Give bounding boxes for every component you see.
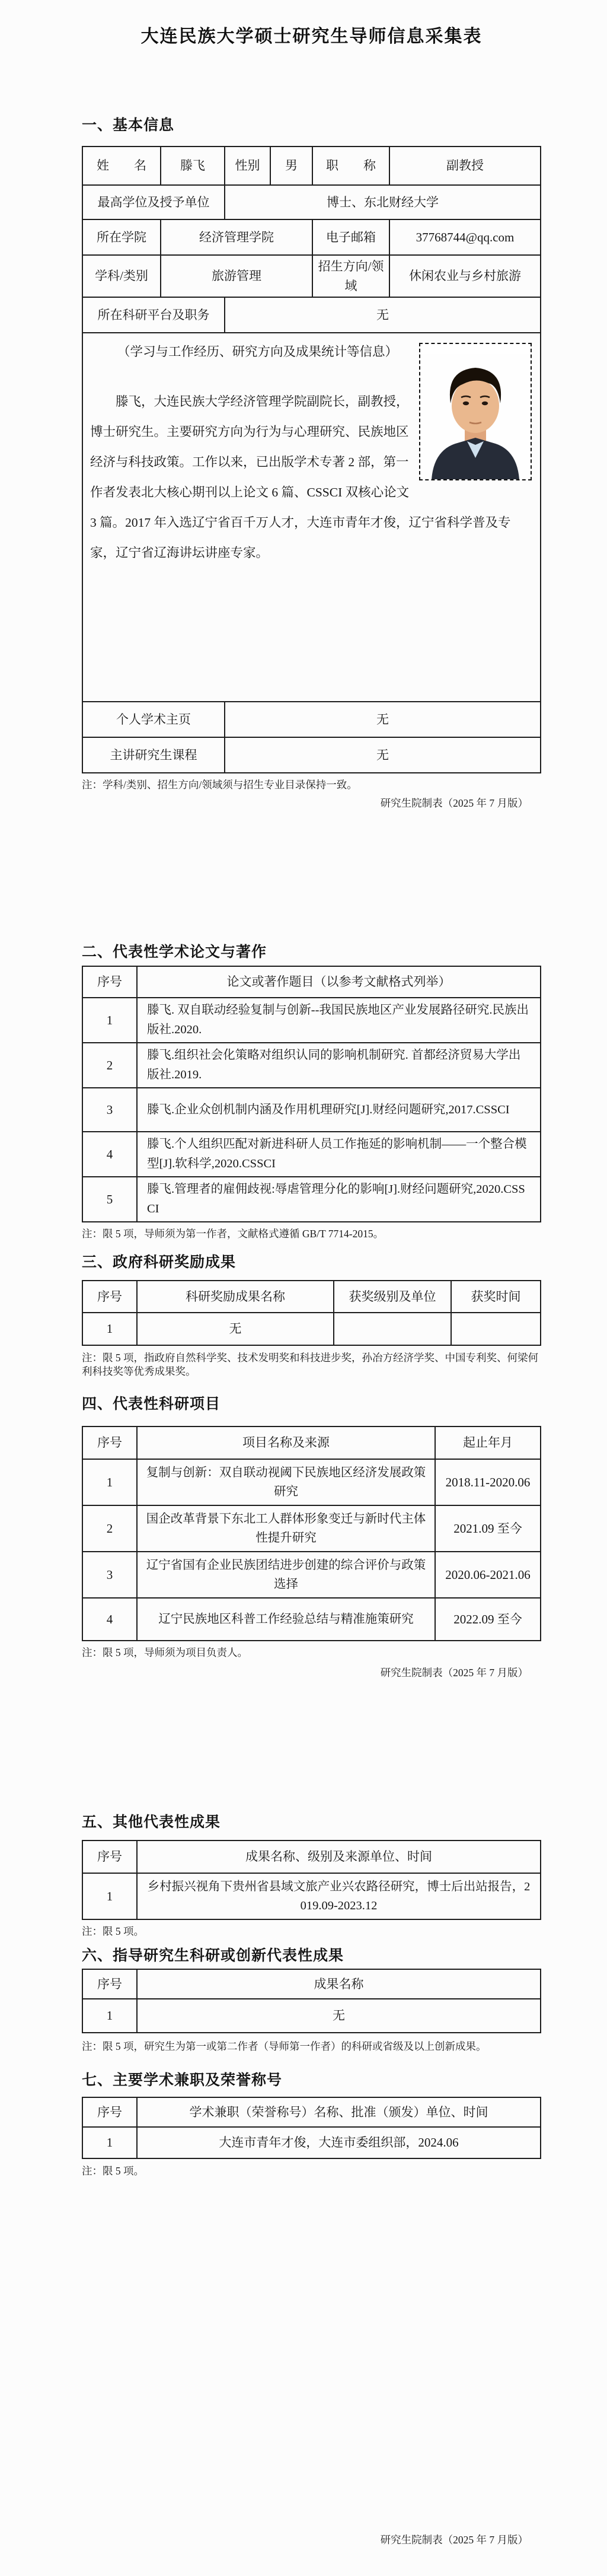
row-no: 1 <box>82 2127 137 2158</box>
bio-cell: （学习与工作经历、研究方向及成果统计等信息） 滕飞，大连民族大学经济管理学院副院… <box>82 333 541 702</box>
award-level <box>334 1313 451 1345</box>
col-header-award-level: 获奖级别及单位 <box>334 1281 451 1313</box>
field-value-title: 副教授 <box>389 147 541 185</box>
field-label-email: 电子邮箱 <box>312 219 389 255</box>
table-row: 所在科研平台及职务 无 <box>82 297 541 333</box>
note-student: 注：限 5 项，研究生为第一或第二作者（导师第一作者）的科研或省级及以上创新成果… <box>82 2040 541 2053</box>
field-label-discipline: 学科/类别 <box>82 255 161 297</box>
project-period: 2021.09 至今 <box>435 1505 541 1552</box>
portrait-photo <box>422 354 529 479</box>
field-value-name: 滕飞 <box>161 147 225 185</box>
field-value-homepage: 无 <box>225 702 541 737</box>
photo-box <box>419 343 532 480</box>
field-label-homepage: 个人学术主页 <box>82 702 225 737</box>
col-header-project-name: 项目名称及来源 <box>137 1426 435 1459</box>
field-label-degree: 最高学位及授予单位 <box>82 185 225 219</box>
project-name: 辽宁省国有企业民族团结进步创建的综合评价与政策选择 <box>137 1552 435 1598</box>
document-page: 大连民族大学硕士研究生导师信息采集表 一、基本信息 姓 名 滕飞 性别 男 职 … <box>82 26 541 2546</box>
col-header-no: 序号 <box>82 1426 137 1459</box>
note-basic: 注：学科/类别、招生方向/领域须与招生专业目录保持一致。 <box>82 778 541 792</box>
col-header-no: 序号 <box>82 1969 137 1999</box>
page-footer-2: 研究生院制表（2025 年 7 月版） <box>82 1667 541 1679</box>
field-label-title: 职 称 <box>312 147 389 185</box>
table-row: 4 滕飞.个人组织匹配对新进科研人员工作拖延的影响机制——一个整合模型[J].软… <box>82 1132 541 1177</box>
table-row: 姓 名 滕飞 性别 男 职 称 副教授 <box>82 147 541 185</box>
col-header-no: 序号 <box>82 1841 137 1873</box>
table-row: 3 滕飞.企业众创机制内涵及作用机理研究[J].财经问题研究,2017.CSSC… <box>82 1088 541 1132</box>
table-row: 4 辽宁民族地区科普工作经验总结与精准施策研究 2022.09 至今 <box>82 1598 541 1641</box>
col-header-no: 序号 <box>82 1281 137 1313</box>
table-row: 主讲研究生课程 无 <box>82 737 541 773</box>
table-row: 学科/类别 旅游管理 招生方向/领域 休闲农业与乡村旅游 <box>82 255 541 297</box>
project-period: 2022.09 至今 <box>435 1598 541 1641</box>
section-heading-other: 五、其他代表性成果 <box>82 1814 541 1830</box>
table-row: 2 滕飞.组织社会化策略对组织认同的影响机制研究. 首都经济贸易大学出版社.20… <box>82 1043 541 1088</box>
project-name: 复制与创新：双自联动视阈下民族地区经济发展政策研究 <box>137 1459 435 1505</box>
note-projects: 注：限 5 项，导师须为项目负责人。 <box>82 1646 541 1660</box>
student-achievement: 无 <box>137 1999 541 2033</box>
field-label-college: 所在学院 <box>82 219 161 255</box>
basic-info-table: 姓 名 滕飞 性别 男 职 称 副教授 最高学位及授予单位 博士、东北财经大学 … <box>82 146 541 773</box>
field-value-platform: 无 <box>225 297 541 333</box>
table-row: 1 无 <box>82 1999 541 2033</box>
project-period: 2018.11-2020.06 <box>435 1459 541 1505</box>
row-no: 1 <box>82 1873 137 1919</box>
table-row: 5 滕飞.管理者的雇佣歧视:辱虐管理分化的影响[J].财经问题研究,2020.C… <box>82 1177 541 1222</box>
note-papers: 注：限 5 项，导师须为第一作者，文献格式遵循 GB/T 7714-2015。 <box>82 1227 541 1241</box>
award-time <box>451 1313 541 1345</box>
row-no: 4 <box>82 1132 137 1177</box>
table-row: 最高学位及授予单位 博士、东北财经大学 <box>82 185 541 219</box>
field-label-course: 主讲研究生课程 <box>82 737 225 773</box>
row-no: 1 <box>82 998 137 1043</box>
paper-title: 滕飞.个人组织匹配对新进科研人员工作拖延的影响机制——一个整合模型[J].软科学… <box>137 1132 541 1177</box>
project-name: 辽宁民族地区科普工作经验总结与精准施策研究 <box>137 1598 435 1641</box>
table-header-row: 序号 项目名称及来源 起止年月 <box>82 1426 541 1459</box>
field-value-course: 无 <box>225 737 541 773</box>
field-label-platform: 所在科研平台及职务 <box>82 297 225 333</box>
row-no: 2 <box>82 1043 137 1088</box>
section-heading-basic: 一、基本信息 <box>82 117 541 133</box>
paper-title: 滕飞.组织社会化策略对组织认同的影响机制研究. 首都经济贸易大学出版社.2019… <box>137 1043 541 1088</box>
field-value-college: 经济管理学院 <box>161 219 312 255</box>
col-header-honor-name: 学术兼职（荣誉称号）名称、批准（颁发）单位、时间 <box>137 2097 541 2127</box>
row-no: 1 <box>82 1459 137 1505</box>
project-period: 2020.06-2021.06 <box>435 1552 541 1598</box>
award-name: 无 <box>137 1313 334 1345</box>
col-header-project-period: 起止年月 <box>435 1426 541 1459</box>
col-header-award-time: 获奖时间 <box>451 1281 541 1313</box>
col-header-student-name: 成果名称 <box>137 1969 541 1999</box>
honor-name: 大连市青年才俊，大连市委组织部，2024.06 <box>137 2127 541 2158</box>
field-label-gender: 性别 <box>225 147 270 185</box>
row-no: 3 <box>82 1552 137 1598</box>
table-row: 1 大连市青年才俊，大连市委组织部，2024.06 <box>82 2127 541 2158</box>
page-footer-3: 研究生院制表（2025 年 7 月版） <box>82 2534 541 2546</box>
page-footer-1: 研究生院制表（2025 年 7 月版） <box>82 797 541 810</box>
field-label-direction: 招生方向/领域 <box>312 255 389 297</box>
section-heading-awards: 三、政府科研奖励成果 <box>82 1254 541 1270</box>
row-no: 4 <box>82 1598 137 1641</box>
table-row: 1 无 <box>82 1313 541 1345</box>
table-row: 1 乡村振兴视角下贵州省县域文旅产业兴农路径研究，博士后出站报告，2019.09… <box>82 1873 541 1919</box>
page: { "document": { "title": "大连民族大学硕士研究生导师信… <box>0 0 607 2576</box>
table-row: （学习与工作经历、研究方向及成果统计等信息） 滕飞，大连民族大学经济管理学院副院… <box>82 333 541 702</box>
table-row: 个人学术主页 无 <box>82 702 541 737</box>
row-no: 3 <box>82 1088 137 1132</box>
note-honors: 注：限 5 项。 <box>82 2164 541 2178</box>
other-table: 序号 成果名称、级别及来源单位、时间 1 乡村振兴视角下贵州省县域文旅产业兴农路… <box>82 1840 541 1920</box>
table-header-row: 序号 成果名称、级别及来源单位、时间 <box>82 1841 541 1873</box>
honors-table: 序号 学术兼职（荣誉称号）名称、批准（颁发）单位、时间 1 大连市青年才俊，大连… <box>82 2097 541 2159</box>
col-header-paper-title: 论文或著作题目（以参考文献格式列举） <box>137 966 541 998</box>
row-no: 1 <box>82 1999 137 2033</box>
table-header-row: 序号 科研奖励成果名称 获奖级别及单位 获奖时间 <box>82 1281 541 1313</box>
table-row: 2 国企改革背景下东北工人群体形象变迁与新时代主体性提升研究 2021.09 至… <box>82 1505 541 1552</box>
note-awards: 注：限 5 项，指政府自然科学奖、技术发明奖和科技进步奖，孙冶方经济学奖、中国专… <box>82 1351 541 1378</box>
row-no: 5 <box>82 1177 137 1222</box>
row-no: 2 <box>82 1505 137 1552</box>
section-heading-papers: 二、代表性学术论文与著作 <box>82 944 541 960</box>
papers-table: 序号 论文或著作题目（以参考文献格式列举） 1 滕飞. 双自联动经验复制与创新-… <box>82 966 541 1222</box>
table-header-row: 序号 论文或著作题目（以参考文献格式列举） <box>82 966 541 998</box>
table-row: 1 复制与创新：双自联动视阈下民族地区经济发展政策研究 2018.11-2020… <box>82 1459 541 1505</box>
field-value-gender: 男 <box>270 147 312 185</box>
section-heading-honors: 七、主要学术兼职及荣誉称号 <box>82 2072 541 2088</box>
table-row: 所在学院 经济管理学院 电子邮箱 37768744@qq.com <box>82 219 541 255</box>
student-table: 序号 成果名称 1 无 <box>82 1969 541 2033</box>
section-heading-student: 六、指导研究生科研或创新代表性成果 <box>82 1948 541 1963</box>
paper-title: 滕飞. 双自联动经验复制与创新--我国民族地区产业发展路径研究.民族出版社.20… <box>137 998 541 1043</box>
other-name: 乡村振兴视角下贵州省县域文旅产业兴农路径研究，博士后出站报告，2019.09-2… <box>137 1873 541 1919</box>
note-other: 注：限 5 项。 <box>82 1925 541 1938</box>
field-value-degree: 博士、东北财经大学 <box>225 185 541 219</box>
project-name: 国企改革背景下东北工人群体形象变迁与新时代主体性提升研究 <box>137 1505 435 1552</box>
row-no: 1 <box>82 1313 137 1345</box>
field-value-discipline: 旅游管理 <box>161 255 312 297</box>
paper-title: 滕飞.企业众创机制内涵及作用机理研究[J].财经问题研究,2017.CSSCI <box>137 1088 541 1132</box>
col-header-no: 序号 <box>82 2097 137 2127</box>
awards-table: 序号 科研奖励成果名称 获奖级别及单位 获奖时间 1 无 <box>82 1280 541 1346</box>
table-header-row: 序号 成果名称 <box>82 1969 541 1999</box>
field-label-name: 姓 名 <box>82 147 161 185</box>
table-row: 1 滕飞. 双自联动经验复制与创新--我国民族地区产业发展路径研究.民族出版社.… <box>82 998 541 1043</box>
col-header-no: 序号 <box>82 966 137 998</box>
section-heading-projects: 四、代表性科研项目 <box>82 1396 541 1412</box>
projects-table: 序号 项目名称及来源 起止年月 1 复制与创新：双自联动视阈下民族地区经济发展政… <box>82 1426 541 1641</box>
paper-title: 滕飞.管理者的雇佣歧视:辱虐管理分化的影响[J].财经问题研究,2020.CSS… <box>137 1177 541 1222</box>
col-header-other-name: 成果名称、级别及来源单位、时间 <box>137 1841 541 1873</box>
field-value-email: 37768744@qq.com <box>389 219 541 255</box>
table-row: 3 辽宁省国有企业民族团结进步创建的综合评价与政策选择 2020.06-2021… <box>82 1552 541 1598</box>
table-header-row: 序号 学术兼职（荣誉称号）名称、批准（颁发）单位、时间 <box>82 2097 541 2127</box>
col-header-award-name: 科研奖励成果名称 <box>137 1281 334 1313</box>
document-title: 大连民族大学硕士研究生导师信息采集表 <box>82 26 541 47</box>
field-value-direction: 休闲农业与乡村旅游 <box>389 255 541 297</box>
